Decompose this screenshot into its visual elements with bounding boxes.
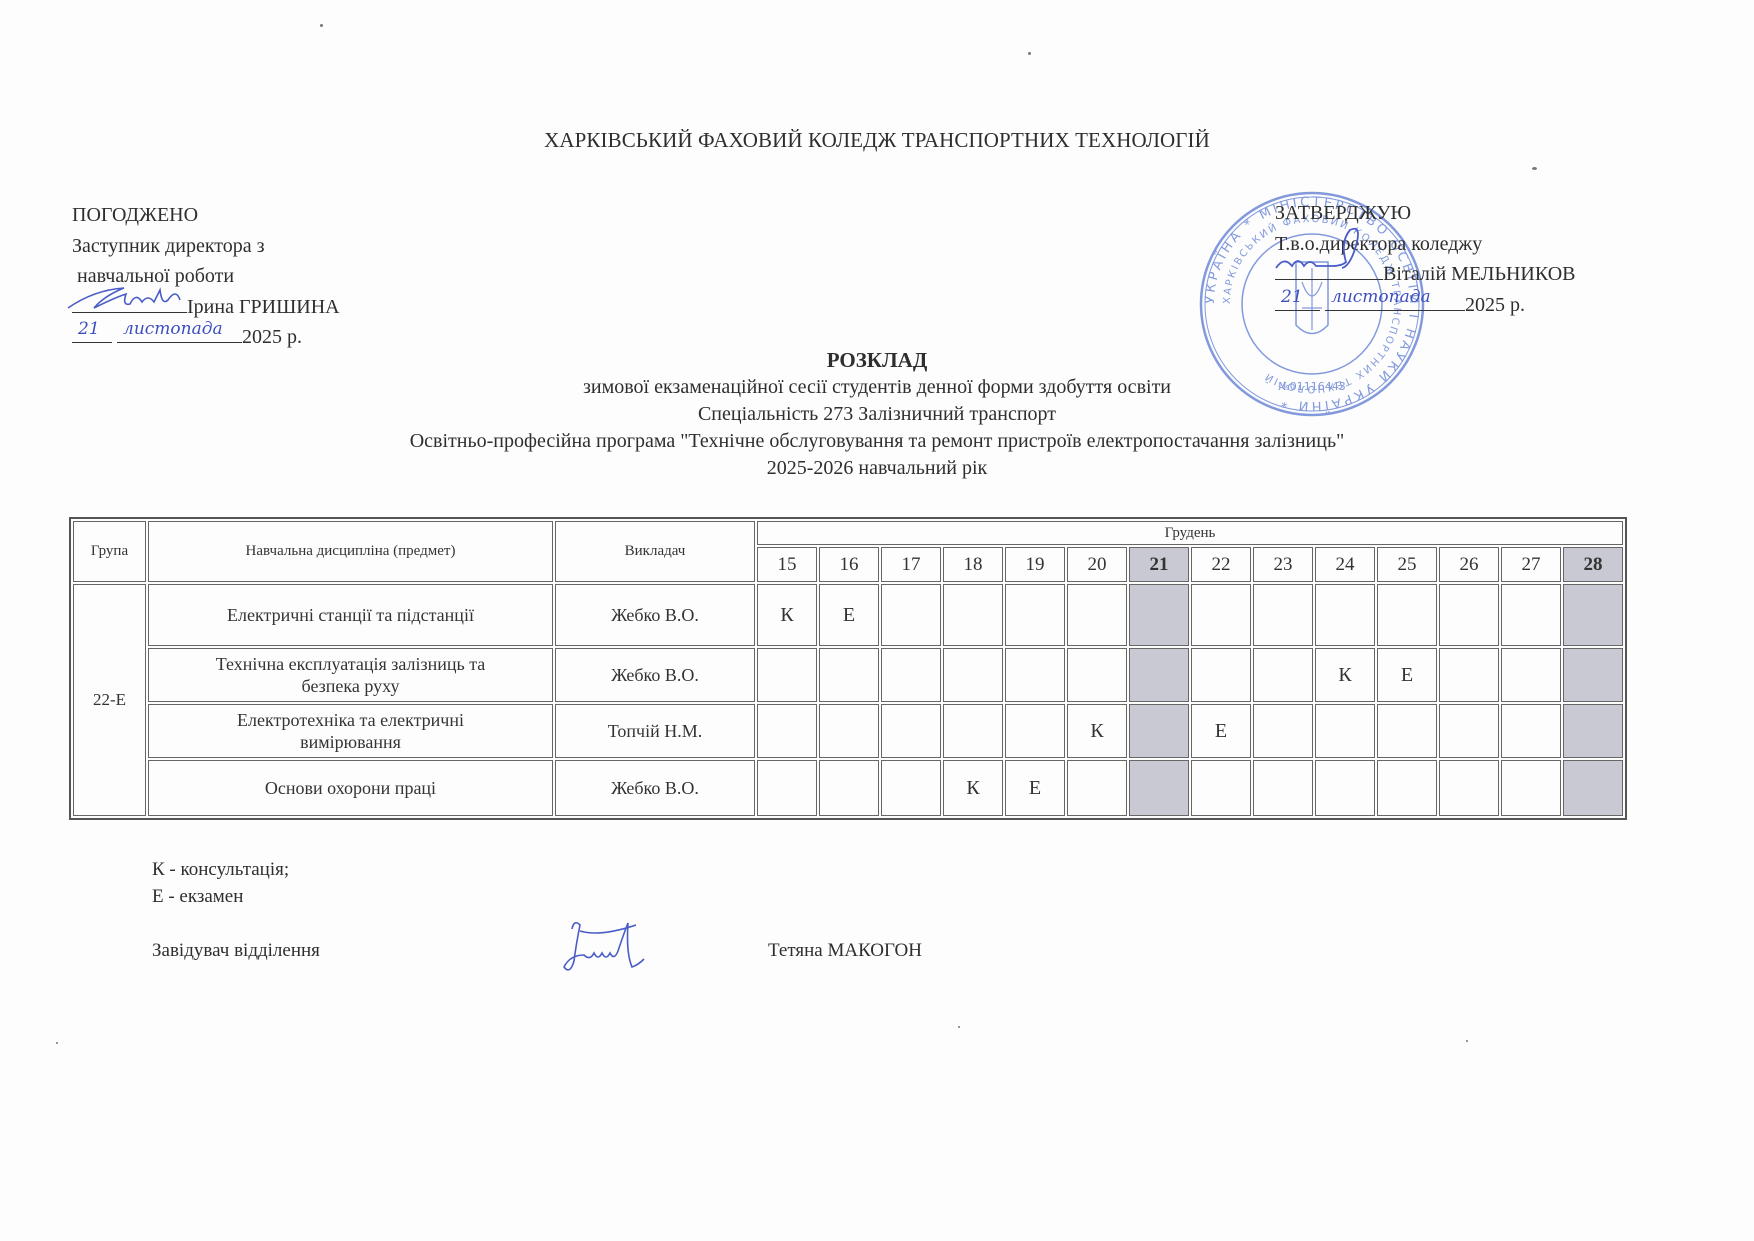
approval-agreed-position-2: навчальної роботи: [72, 261, 340, 292]
scan-speck: [56, 1042, 58, 1044]
table-row: Основи охорони праціЖебко В.О.КЕ: [73, 760, 1623, 816]
schedule-cell: [1253, 760, 1313, 816]
day-header: 26: [1439, 547, 1499, 582]
handwritten-month: листопада: [1331, 282, 1431, 313]
approval-approved-block: ЗАТВЕРДЖУЮ Т.в.о.директора коледжу Вітал…: [1275, 198, 1575, 320]
schedule-cell: [943, 648, 1003, 702]
schedule-cell: К: [1067, 704, 1127, 758]
day-header: 15: [757, 547, 817, 582]
table-row: 22-ЕЕлектричні станції та підстанціїЖебк…: [73, 584, 1623, 646]
schedule-cell: [757, 704, 817, 758]
date-month-field: листопада: [117, 324, 242, 343]
schedule-cell: Е: [1191, 704, 1251, 758]
handwritten-signature-icon: [540, 915, 680, 987]
subject-cell: Технічна експлуатація залізниць та безпе…: [148, 648, 553, 702]
schedule-cell: [1253, 584, 1313, 646]
legend-exam: Е - екзамен: [152, 883, 289, 910]
schedule-cell: [881, 584, 941, 646]
legend: К - консультація; Е - екзамен: [152, 856, 289, 910]
holiday-cell: [1129, 648, 1189, 702]
day-header: 27: [1501, 547, 1561, 582]
approval-approved-title: ЗАТВЕРДЖУЮ: [1275, 198, 1575, 229]
day-header: 23: [1253, 547, 1313, 582]
teacher-cell: Жебко В.О.: [555, 584, 755, 646]
column-header-month: Грудень: [757, 521, 1623, 545]
schedule-subtitle: зимової екзаменаційної сесії студентів д…: [0, 374, 1754, 401]
schedule-title: РОЗКЛАД: [0, 347, 1754, 374]
schedule-cell: [757, 648, 817, 702]
schedule-cell: [1501, 584, 1561, 646]
approval-agreed-block: ПОГОДЖЕНО Заступник директора з навчальн…: [72, 200, 340, 353]
schedule-cell: [881, 704, 941, 758]
schedule-cell: [1005, 584, 1065, 646]
schedule-cell: [1439, 648, 1499, 702]
day-header: 20: [1067, 547, 1127, 582]
schedule-cell: [819, 760, 879, 816]
teacher-cell: Жебко В.О.: [555, 760, 755, 816]
day-header: 22: [1191, 547, 1251, 582]
footer-name: Тетяна МАКОГОН: [768, 940, 922, 962]
day-header: 28: [1563, 547, 1623, 582]
day-header: 18: [943, 547, 1003, 582]
schedule-cell: [1067, 584, 1127, 646]
schedule-cell: [1253, 704, 1313, 758]
approval-approved-date: 21 листопада2025 р.: [1275, 290, 1575, 321]
column-header-subject: Навчальна дисципліна (предмет): [148, 521, 553, 582]
schedule-cell: Е: [1377, 648, 1437, 702]
schedule-cell: [943, 584, 1003, 646]
schedule-cell: [881, 648, 941, 702]
schedule-cell: [1191, 584, 1251, 646]
schedule-cell: [1067, 760, 1127, 816]
teacher-cell: Топчій Н.М.: [555, 704, 755, 758]
day-header: 17: [881, 547, 941, 582]
day-header: 25: [1377, 547, 1437, 582]
scan-speck: [1466, 1040, 1468, 1042]
schedule-cell: [1191, 760, 1251, 816]
holiday-cell: [1563, 648, 1623, 702]
day-header: 16: [819, 547, 879, 582]
table-row: Технічна експлуатація залізниць та безпе…: [73, 648, 1623, 702]
approval-approved-position: Т.в.о.директора коледжу: [1275, 229, 1575, 260]
scan-speck: [1028, 52, 1031, 55]
approval-agreed-position: Заступник директора з: [72, 231, 340, 262]
holiday-cell: [1129, 584, 1189, 646]
exam-schedule-table: Група Навчальна дисципліна (предмет) Вик…: [69, 517, 1627, 820]
handwritten-month: листопада: [123, 314, 223, 345]
handwritten-day: 21: [1281, 282, 1303, 313]
teacher-cell: Жебко В.О.: [555, 648, 755, 702]
scan-speck: [320, 24, 323, 27]
program-name: Освітньо-професійна програма "Технічне о…: [0, 428, 1754, 455]
day-header: 24: [1315, 547, 1375, 582]
holiday-cell: [1563, 760, 1623, 816]
schedule-cell: [1315, 704, 1375, 758]
schedule-cell: [819, 704, 879, 758]
schedule-cell: [1439, 704, 1499, 758]
schedule-cell: [881, 760, 941, 816]
college-name: ХАРКІВСЬКИЙ ФАХОВИЙ КОЛЕДЖ ТРАНСПОРТНИХ …: [0, 128, 1754, 153]
legend-consultation: К - консультація;: [152, 856, 289, 883]
schedule-cell: [1191, 648, 1251, 702]
holiday-cell: [1129, 704, 1189, 758]
schedule-cell: [1377, 760, 1437, 816]
schedule-cell: [1439, 760, 1499, 816]
date-day-field: 21: [72, 324, 112, 343]
schedule-cell: [1377, 704, 1437, 758]
day-header: 21: [1129, 547, 1189, 582]
column-header-group: Група: [73, 521, 146, 582]
schedule-cell: Е: [1005, 760, 1065, 816]
approval-agreed-title: ПОГОДЖЕНО: [72, 200, 340, 231]
schedule-cell: К: [943, 760, 1003, 816]
subject-cell: Електричні станції та підстанції: [148, 584, 553, 646]
group-cell: 22-Е: [73, 584, 146, 816]
holiday-cell: [1129, 760, 1189, 816]
schedule-cell: [757, 760, 817, 816]
schedule-cell: [1005, 648, 1065, 702]
holiday-cell: [1563, 584, 1623, 646]
holiday-cell: [1563, 704, 1623, 758]
specialty: Спеціальність 273 Залізничний транспорт: [0, 401, 1754, 428]
schedule-cell: [1439, 584, 1499, 646]
scan-speck: [958, 1026, 960, 1028]
schedule-cell: К: [1315, 648, 1375, 702]
schedule-title-block: РОЗКЛАД зимової екзаменаційної сесії сту…: [0, 347, 1754, 482]
schedule-cell: [1377, 584, 1437, 646]
schedule-cell: К: [757, 584, 817, 646]
schedule-cell: [819, 648, 879, 702]
column-header-teacher: Викладач: [555, 521, 755, 582]
signature-field: [72, 294, 187, 313]
schedule-cell: [1501, 648, 1561, 702]
date-year: 2025 р.: [1465, 294, 1525, 316]
schedule-cell: [1501, 760, 1561, 816]
schedule-cell: [1501, 704, 1561, 758]
subject-cell: Основи охорони праці: [148, 760, 553, 816]
date-month-field: листопада: [1325, 292, 1465, 311]
handwritten-day: 21: [78, 314, 100, 345]
subject-cell: Електротехніка та електричні вимірювання: [148, 704, 553, 758]
schedule-cell: [1067, 648, 1127, 702]
schedule-cell: [1315, 584, 1375, 646]
signature-field: [1275, 261, 1383, 280]
schedule-cell: Е: [819, 584, 879, 646]
schedule-cell: [1253, 648, 1313, 702]
schedule-cell: [943, 704, 1003, 758]
table-row: Електротехніка та електричні вимірювання…: [73, 704, 1623, 758]
footer-role: Завідувач відділення: [152, 940, 320, 962]
date-day-field: 21: [1275, 292, 1320, 311]
schedule-cell: [1005, 704, 1065, 758]
academic-year: 2025-2026 навчальний рік: [0, 455, 1754, 482]
schedule-cell: [1315, 760, 1375, 816]
scan-speck: [1532, 167, 1537, 170]
date-year: 2025 р.: [242, 326, 302, 348]
day-header: 19: [1005, 547, 1065, 582]
